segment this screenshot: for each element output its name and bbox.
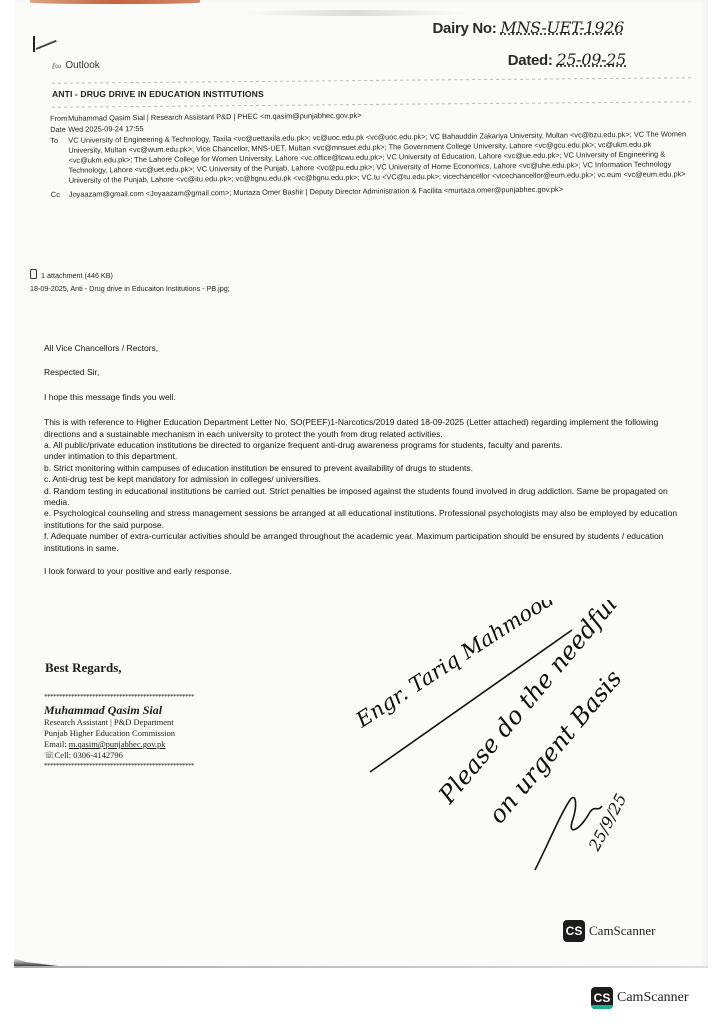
regards: Best Regards, (45, 660, 122, 676)
date-label: Date (50, 125, 68, 135)
camscanner-watermark: CS CamScanner (591, 987, 689, 1009)
email-header: From Muhammad Qasim Sial | Research Assi… (50, 107, 691, 200)
dated-stamp: Dated: 25-09-25 (508, 50, 626, 69)
app-header: ℓ∞ Outlook (52, 60, 100, 71)
email-body: All Vice Chancellors / Rectors, Respecte… (44, 343, 684, 578)
signature-org: Punjab Higher Education Commission (44, 728, 274, 739)
respect-line: Respected Sir, (44, 367, 684, 378)
app-name: Outlook (65, 60, 99, 71)
pen-mark (33, 36, 35, 52)
to-label: To (50, 136, 69, 186)
diary-number-stamp: Dairy No: MNS-UET-1926 (433, 18, 625, 37)
cell-value: 0306-4142796 (73, 750, 123, 760)
camscanner-logo-icon: CS (591, 987, 613, 1009)
opening-line: I hope this message finds you well. (44, 392, 684, 403)
scan-edge-artifact (30, 0, 200, 4)
scan-bottom-edge (14, 966, 708, 968)
direction-item: e. Psychological counseling and stress m… (44, 508, 684, 531)
camscanner-label: CamScanner (589, 923, 655, 939)
direction-item: under intimation to this department. (44, 451, 684, 462)
phone-icon: ☏ (44, 750, 55, 760)
attachment-section: 1 attachment (446 KB) 18-09-2025, Anti -… (30, 269, 230, 295)
direction-item: f. Adequate number of extra-curricular a… (44, 531, 684, 554)
attachment-file[interactable]: 18-09-2025, Anti - Drug drive in Educait… (30, 282, 230, 295)
cc-label: Cc (51, 190, 69, 200)
diary-label: Dairy No: (433, 20, 497, 37)
direction-item: b. Strict monitoring within campuses of … (44, 463, 684, 474)
diary-value: MNS-UET-1926 (500, 18, 624, 37)
dated-label: Dated: (508, 52, 553, 69)
attachment-count: 1 attachment (446 KB) (41, 271, 113, 280)
signature-divider: ****************************************… (44, 692, 256, 703)
email-label: Email: (44, 739, 67, 749)
signature-divider: ****************************************… (44, 761, 256, 772)
direction-item: c. Anti-drug test be kept mandatory for … (44, 474, 684, 485)
camscanner-label: CamScanner (617, 990, 689, 1006)
to-value: VC University of Engineering & Technolog… (68, 129, 690, 186)
camscanner-watermark-inner: CS CamScanner (563, 920, 655, 942)
closing-line: I look forward to your positive and earl… (44, 566, 684, 577)
outlook-icon: ℓ∞ (52, 61, 61, 71)
signature-name: Muhammad Qasim Sial (44, 703, 274, 717)
intro-paragraph: This is with reference to Higher Educati… (44, 417, 684, 440)
from-label: From (50, 114, 68, 124)
direction-item: a. All public/private education institut… (44, 440, 684, 451)
signature-email-row: Email: m.qasim@punjabhec.gov.pk (44, 739, 274, 750)
attachment-summary: 1 attachment (446 KB) (30, 269, 230, 282)
email-link[interactable]: m.qasim@punjabhec.gov.pk (69, 739, 166, 749)
scan-smudge (240, 10, 470, 16)
signature-title: Research Assistant | P&D Department (44, 717, 274, 728)
cell-label: Cell: (55, 750, 72, 760)
salutation: All Vice Chancellors / Rectors, (44, 343, 684, 354)
email-subject: ANTI - DRUG DRIVE IN EDUCATION INSTITUTI… (52, 89, 264, 99)
paperclip-icon (30, 269, 37, 279)
signature-block: ****************************************… (44, 692, 274, 772)
to-row: To VC University of Engineering & Techno… (50, 129, 690, 186)
signature-cell-row: ☏Cell: 0306-4142796 (44, 750, 274, 761)
dated-value: 25-09-25 (557, 50, 627, 69)
camscanner-logo-icon: CS (563, 920, 585, 942)
direction-item: d. Random testing in educational institu… (44, 486, 684, 509)
